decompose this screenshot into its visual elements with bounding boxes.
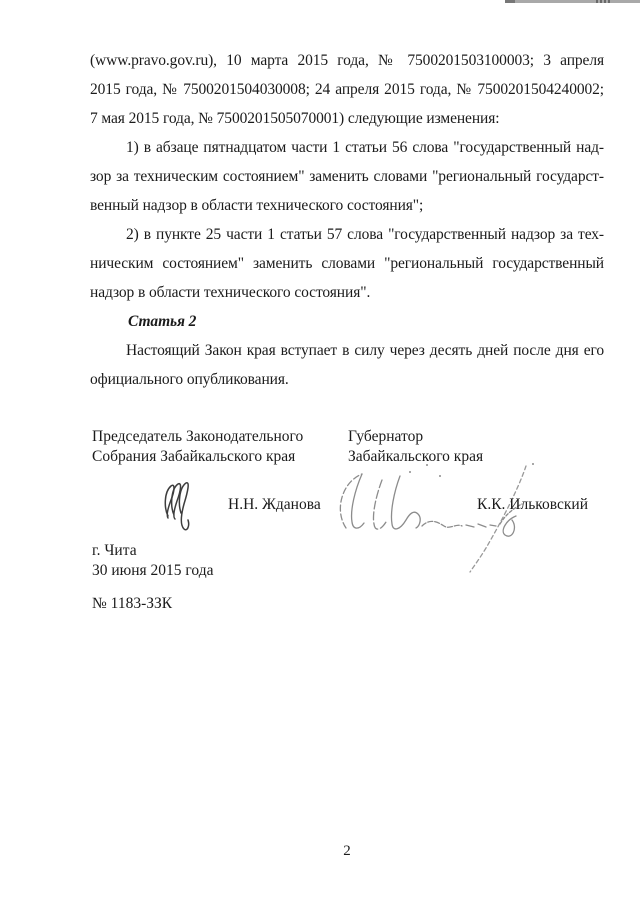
text-line: Настоящий Закон края вступает в силу чер… — [90, 336, 604, 365]
text-line: надзор в области технического состояния"… — [90, 278, 604, 307]
article-2-heading: Статья 2 — [90, 307, 604, 336]
handwritten-signature-ilkovskiy — [330, 460, 545, 578]
document-body: (www.pravo.gov.ru), 10 марта 2015 года, … — [90, 46, 604, 394]
text-line: венный надзор в области технического сос… — [90, 191, 604, 220]
text-line: (www.pravo.gov.ru), 10 марта 2015 года, … — [90, 46, 604, 75]
text-line: 2) в пункте 25 части 1 статьи 57 слова "… — [90, 220, 604, 249]
document-number: № 1183-ЗЗК — [92, 594, 172, 614]
signatory-title-chairman: Председатель Законодательного Собрания З… — [92, 427, 303, 466]
handwritten-signature-zhdanova — [161, 480, 197, 534]
page-number: 2 — [90, 843, 604, 860]
scan-artifact-dot — [596, 0, 598, 3]
scan-artifact-bar — [507, 0, 640, 3]
paragraph-entry-into-force: Настоящий Закон края вступает в силу чер… — [90, 336, 604, 394]
scan-artifact-dot — [600, 0, 602, 3]
text-line: 7 мая 2015 года, № 7500201505070001) сле… — [90, 104, 604, 133]
document-city: г. Чита — [92, 541, 137, 561]
paragraph-amendment-2: 2) в пункте 25 части 1 статьи 57 слова "… — [90, 220, 604, 307]
scanned-document-page: (www.pravo.gov.ru), 10 марта 2015 года, … — [0, 0, 640, 905]
text-line: ническим состоянием" заменить словами "р… — [90, 249, 604, 278]
signatory-name-ilkovskiy: К.К. Ильковский — [477, 496, 588, 514]
document-date: 30 июня 2015 года — [92, 561, 213, 581]
paragraph-publication-refs: (www.pravo.gov.ru), 10 марта 2015 года, … — [90, 46, 604, 133]
text-line: 1) в абзаце пятнадцатом части 1 статьи 5… — [90, 133, 604, 162]
text-line: зор за техническим состоянием" заменить … — [90, 162, 604, 191]
signatory-title-line: Председатель Законодательного — [92, 427, 303, 447]
scan-artifact-dot — [608, 0, 610, 3]
text-line: официального опубликования. — [90, 365, 604, 394]
signatory-title-line: Губернатор — [348, 427, 483, 447]
scan-artifact-dot — [604, 0, 606, 3]
signatory-name-zhdanova: Н.Н. Жданова — [228, 496, 321, 514]
text-line: 2015 года, № 7500201504030008; 24 апреля… — [90, 75, 604, 104]
signatory-title-line: Собрания Забайкальского края — [92, 447, 303, 467]
scan-artifact-dark-segment — [505, 0, 515, 3]
paragraph-amendment-1: 1) в абзаце пятнадцатом части 1 статьи 5… — [90, 133, 604, 220]
